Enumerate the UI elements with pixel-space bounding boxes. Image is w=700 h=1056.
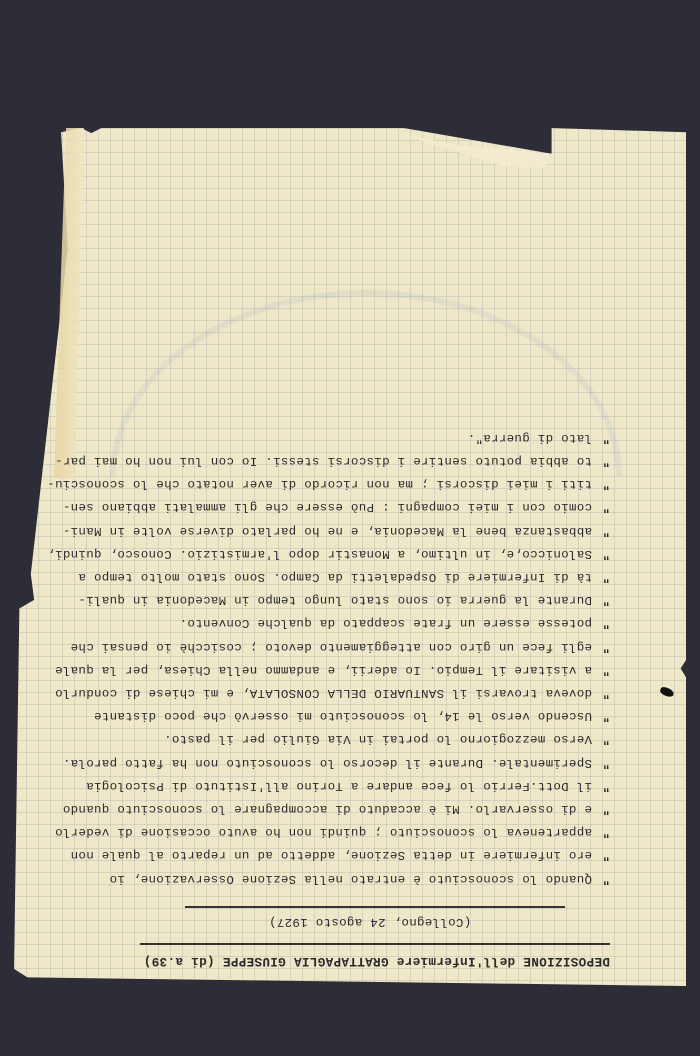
text-line: il Dott.Ferrio lo fece andare a Torino a… <box>30 774 610 797</box>
text-line: Sperimentale. Durante il decorso lo scon… <box>30 750 610 773</box>
text-line: e di osservarlo. Mi è accaduto di accomp… <box>30 797 610 820</box>
text-line: lato di guerra". <box>30 426 610 449</box>
text-line: titi i miei discorsi ; ma non ricordo di… <box>30 472 610 495</box>
text-line: comio con i miei compagni : Può essere c… <box>30 495 610 518</box>
text-line: to abbia potuto sentire i discorsi stess… <box>30 449 610 472</box>
place-date: (Collegno, 24 agosto 1927) <box>130 910 610 933</box>
text-line: ero infermiere in detta Sezione, addetto… <box>30 843 610 866</box>
text-line: Salonicco,e, in ultimo, a Monastir dopo … <box>30 542 610 565</box>
text-line: abbastanza bene la Macedonia, e ne ho pa… <box>30 518 610 541</box>
text-line: Durante la guerra io sono stato lungo te… <box>30 588 610 611</box>
text-line: potesse essere un frate scappato da qual… <box>30 611 610 634</box>
text-line: tà di Infermiere di Ospedaletti da Campo… <box>30 565 610 588</box>
date-underline <box>185 906 565 908</box>
text-line: Uscendo verso le 14, lo sconosciuto mi o… <box>30 704 610 727</box>
text-line: a visitare il Tempio. Io aderii, e andam… <box>30 658 610 681</box>
text-line: apparteneva lo sconosciuto ; quindi non … <box>30 820 610 843</box>
text-line: egli fece un giro con atteggiamento devo… <box>30 634 610 657</box>
title-underline <box>140 943 610 945</box>
document-title: DEPOSIZIONE dell'Infermiere GRATTAPAGLIA… <box>30 947 610 972</box>
text-line: Verso mezzogiorno lo portai in Via Giuli… <box>30 727 610 750</box>
text-line: Quando lo sconosciuto è entrato nella Se… <box>30 866 610 889</box>
text-line: doveva trovarsi il SANTUARIO DELLA CONSO… <box>30 681 610 704</box>
typewritten-deposition: DEPOSIZIONE dell'Infermiere GRATTAPAGLIA… <box>30 452 610 972</box>
